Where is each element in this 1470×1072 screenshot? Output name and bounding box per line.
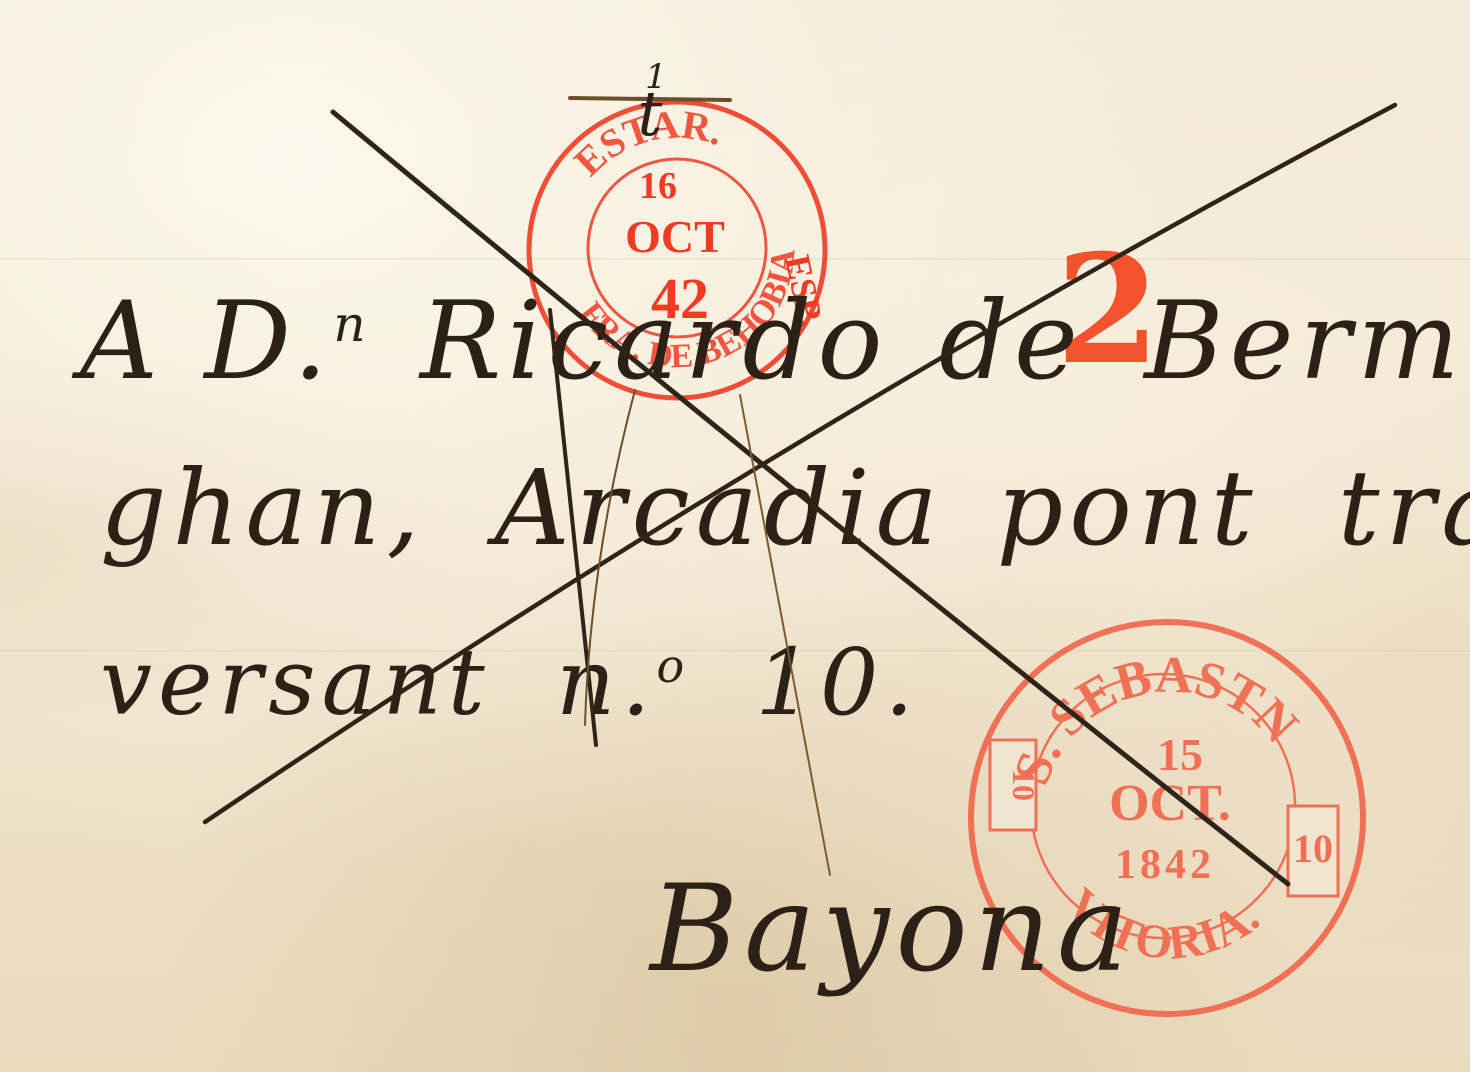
- manuscript-rate-number: 1: [645, 57, 667, 97]
- ink-stroke-layer: t 1: [0, 0, 1470, 1072]
- ink-vertical-line: [740, 395, 830, 875]
- ink-vertical-line: [550, 310, 596, 745]
- letter-cover: ESTAR. FRA. DE BEHOBIA ESP. 16 OCT 42 S.…: [0, 0, 1470, 1072]
